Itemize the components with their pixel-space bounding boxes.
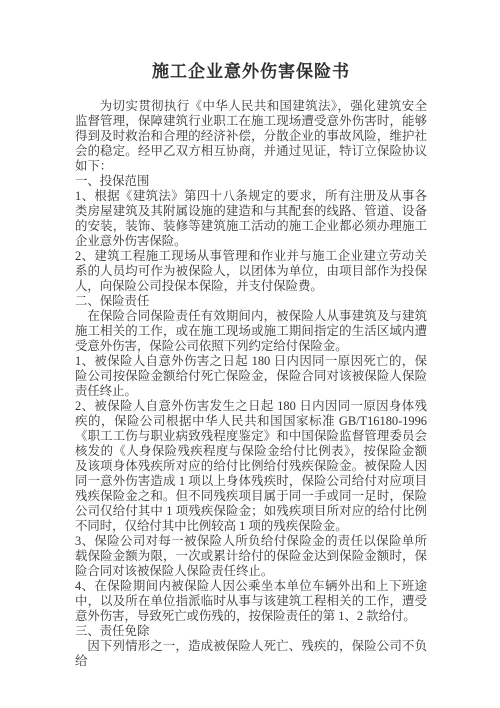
section2-item-2: 2、被保险人自意外伤害发生之日起 180 日内因同一原因身体残疾的，保险公司根据… bbox=[75, 399, 427, 534]
document-body: 为切实贯彻执行《中华人民共和国建筑法》，强化建筑安全监督管理，保障建筑行业职工在… bbox=[75, 99, 427, 669]
section-heading-2: 二、保险责任 bbox=[75, 294, 427, 309]
section2-item-4: 4、在保险期间内被保险人因公乘坐本单位车辆外出和上下班途中，以及所在单位指派临时… bbox=[75, 579, 427, 624]
document-page: 施工企业意外伤害保险书 为切实贯彻执行《中华人民共和国建筑法》，强化建筑安全监督… bbox=[0, 0, 500, 708]
section2-intro-paragraph: 在保险合同保险责任有效期间内，被保险人从事建筑及与建筑施工相关的工作，或在施工现… bbox=[75, 309, 427, 354]
section2-item-1: 1、被保险人自意外伤害之日起 180 日内因同一原因死亡的，保险公司按保险金额给… bbox=[75, 354, 427, 399]
document-title: 施工企业意外伤害保险书 bbox=[75, 62, 427, 82]
section-heading-1: 一、投保范围 bbox=[75, 174, 427, 189]
section3-intro-paragraph-truncated: 因下列情形之一，造成被保险人死亡、残疾的，保险公司不负给 bbox=[75, 639, 427, 669]
section1-item-1: 1、根据《建筑法》第四十八条规定的要求，所有注册及从事各类房屋建筑及其附属设施的… bbox=[75, 189, 427, 249]
intro-paragraph: 为切实贯彻执行《中华人民共和国建筑法》，强化建筑安全监督管理，保障建筑行业职工在… bbox=[75, 99, 427, 174]
section1-item-2: 2、建筑工程施工现场从事管理和作业并与施工企业建立劳动关系的人员均可作为被保险人… bbox=[75, 249, 427, 294]
section2-item-3: 3、保险公司对每一被保险人所负给付保险金的责任以保险单所载保险金额为限，一次或累… bbox=[75, 534, 427, 579]
section-heading-3: 三、责任免除 bbox=[75, 624, 427, 639]
